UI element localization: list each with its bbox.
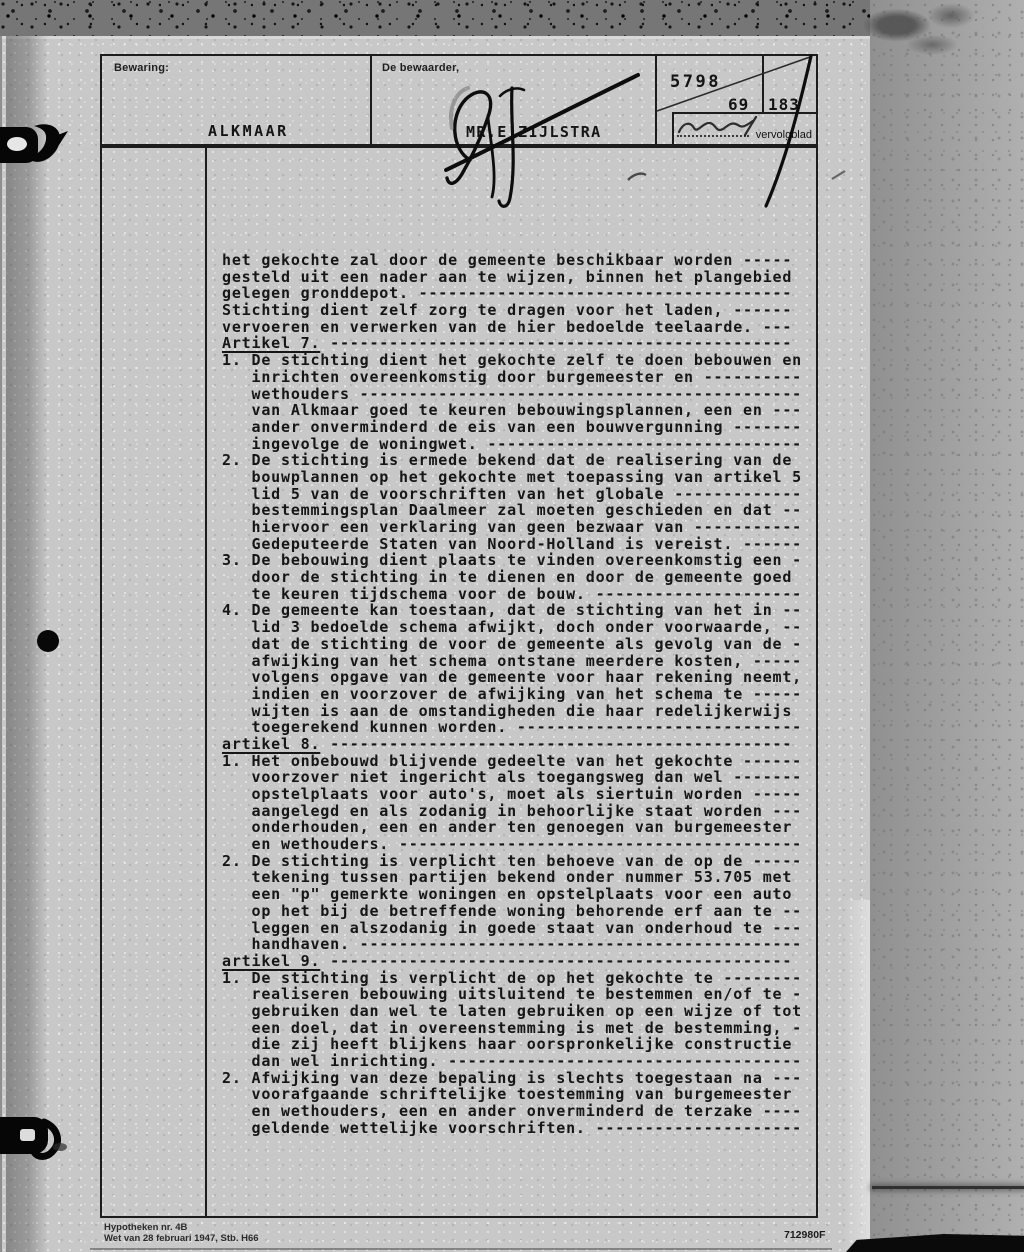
document-line: dat de stichting de voor de gemeente als… (222, 636, 802, 653)
register-number: 5798 (670, 72, 721, 92)
document-line: 2. De stichting is ermede bekend dat de … (222, 452, 802, 469)
signature-dotted-line (677, 135, 749, 137)
document-line: en wethouders, een en ander onverminderd… (222, 1103, 802, 1120)
scan-blotch (852, 0, 1012, 56)
document-line: Gedeputeerde Staten van Noord-Holland is… (222, 536, 802, 553)
document-line: vervoeren en verwerken van de hier bedoe… (222, 319, 802, 336)
document-line: en wethouders. -------------------------… (222, 836, 802, 853)
footer-rule (90, 1248, 832, 1250)
bewaring-label: Bewaring: (114, 62, 169, 74)
document-line: 1. Het onbebouwd blijvende gedeelte van … (222, 753, 802, 770)
document-line: 2. De stichting is verplicht ten behoeve… (222, 853, 802, 870)
document-line: aangelegd en als zodanig in behoorlijke … (222, 803, 802, 820)
vervolgblad-box: vervolgblad (672, 112, 818, 147)
document-line: een doel, dat in overeenstemming is met … (222, 1020, 802, 1037)
document-line: voorafgaande schriftelijke toestemming v… (222, 1086, 802, 1103)
document-line: Artikel 7. -----------------------------… (222, 335, 802, 352)
document-line: volgens opgave van de gemeente voor haar… (222, 669, 802, 686)
document-line: bouwplannen op het gekochte met toepassi… (222, 469, 802, 486)
document-line: leggen en alszodanig in goede staat van … (222, 920, 802, 937)
left-margin-divider (205, 148, 207, 1216)
document-line: artikel 9. -----------------------------… (222, 953, 802, 970)
scanned-document: Bewaring: ALKMAAR De bewaarder, MR.E.ZIJ… (0, 0, 1024, 1252)
scan-grain (870, 0, 1024, 1252)
document-line: die zij heeft blijkens haar oorspronkeli… (222, 1036, 802, 1053)
document-line: 4. De gemeente kan toestaan, dat de stic… (222, 602, 802, 619)
document-line: indien en voorzover de afwijking van het… (222, 686, 802, 703)
scan-fold-line (872, 1186, 1024, 1189)
document-line: lid 5 van de voorschriften van het globa… (222, 486, 802, 503)
document-line: onderhouden, een en ander ten genoegen v… (222, 819, 802, 836)
document-line: Stichting dient zelf zorg te dragen voor… (222, 302, 802, 319)
document-line: wijten is aan de omstandigheden die haar… (222, 703, 802, 720)
document-lines: het gekochte zal door de gemeente beschi… (222, 252, 802, 1136)
document-line: op het bij de betreffende woning behoren… (222, 903, 802, 920)
document-line: wethouders -----------------------------… (222, 386, 802, 403)
document-line: tekening tussen partijen bekend onder nu… (222, 869, 802, 886)
print-code: 712980F (784, 1229, 825, 1241)
document-line: 2. Afwijking van deze bepaling is slecht… (222, 1070, 802, 1087)
law-reference: Wet van 28 februari 1947, Stb. H66 (104, 1233, 259, 1244)
document-line: 3. De bebouwing dient plaats te vinden o… (222, 552, 802, 569)
document-line: dan wel inrichting. --------------------… (222, 1053, 802, 1070)
document-body: het gekochte zal door de gemeente beschi… (100, 146, 818, 1218)
footer-note: Hypotheken nr. 4B Wet van 28 februari 19… (104, 1222, 259, 1244)
document-line: gelegen gronddepot. --------------------… (222, 285, 802, 302)
header-number-divider (762, 56, 764, 114)
document-line: toegerekend kunnen worden. -------------… (222, 719, 802, 736)
document-line: het gekochte zal door de gemeente beschi… (222, 252, 802, 269)
document-line: inrichten overeenkomstig door burgemeest… (222, 369, 802, 386)
document-line: door de stichting in te dienen en door d… (222, 569, 802, 586)
document-line: ingevolge de woningwet. ----------------… (222, 436, 802, 453)
document-line: lid 3 bedoelde schema afwijkt, doch onde… (222, 619, 802, 636)
document-line: 1. De stichting is verplicht de op het g… (222, 970, 802, 987)
document-line: bestemmingsplan Daalmeer zal moeten gesc… (222, 502, 802, 519)
page-edge-highlight (842, 900, 870, 1252)
bewaring-value: ALKMAAR (208, 122, 289, 140)
document-line: een "p" gemerkte woningen en opstelplaat… (222, 886, 802, 903)
document-line: realiseren bebouwing uitsluitend te best… (222, 986, 802, 1003)
header-divider (370, 56, 372, 144)
document-line: 1. De stichting dient het gekochte zelf … (222, 352, 802, 369)
document-line: geldende wettelijke voorschriften. -----… (222, 1120, 802, 1137)
document-line: hiervoor een verklaring van geen bezwaar… (222, 519, 802, 536)
document-line: te keuren tijdschema voor de bouw. -----… (222, 586, 802, 603)
document-line: voorzover niet ingericht als toegangsweg… (222, 769, 802, 786)
header-divider (655, 56, 657, 144)
binder-shadow (6, 32, 48, 1252)
document-line: handhaven. -----------------------------… (222, 936, 802, 953)
document-line: artikel 8. -----------------------------… (222, 736, 802, 753)
document-line: ander onverminderd de eis van een bouwve… (222, 419, 802, 436)
bewaarder-name: MR.E.ZIJLSTRA (466, 123, 602, 141)
bewaarder-label: De bewaarder, (382, 62, 459, 74)
vervolgblad-label: vervolgblad (756, 129, 812, 141)
document-line: van Alkmaar goed te keuren bebouwingspla… (222, 402, 802, 419)
document-line: afwijking van het schema ontstane meerde… (222, 653, 802, 670)
scan-right-band (870, 0, 1024, 1252)
document-line: opstelplaats voor auto's, moet als siert… (222, 786, 802, 803)
form-name: Hypotheken nr. 4B (104, 1222, 259, 1233)
document-line: gebruiken dan wel te laten gebruiken op … (222, 1003, 802, 1020)
document-line: gesteld uit een nader aan te wijzen, bin… (222, 269, 802, 286)
